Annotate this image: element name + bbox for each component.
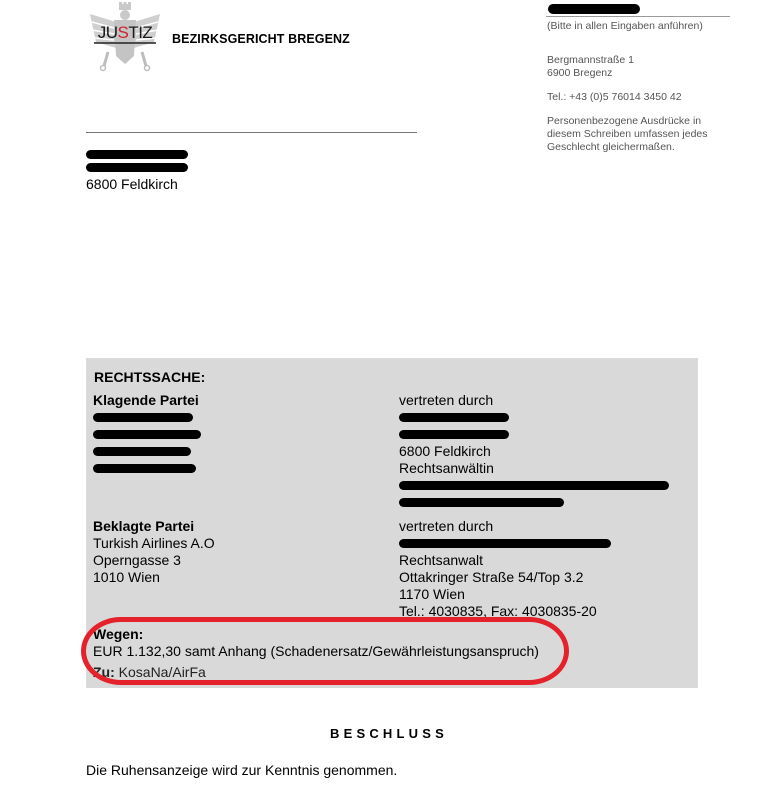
claim-label: Wegen: xyxy=(93,626,539,643)
plaintiff-rep-label: vertreten durch xyxy=(399,392,494,409)
court-letter: JUSTIZ BEZIRKSGERICHT BREGENZ (Bitte in … xyxy=(0,0,778,804)
justiz-eagle-logo: JUSTIZ xyxy=(86,2,164,72)
case-title: RECHTSSACHE: xyxy=(94,369,205,385)
claim-text: EUR 1.132,30 samt Anhang (Schadenersatz/… xyxy=(93,643,539,660)
redacted-reference-number xyxy=(548,4,640,14)
redacted-plaintiff-street xyxy=(93,443,199,460)
redacted-plaintiff-name xyxy=(93,409,199,426)
redacted-defendant-rep-name xyxy=(399,535,597,552)
redacted-plaintiff-rep-code xyxy=(399,494,494,511)
plaintiff-representative-block: vertreten durch 6800 Feldkirch Rechtsanw… xyxy=(399,392,494,511)
defendant-rep-street: Ottakringer Straße 54/Top 3.2 xyxy=(399,569,597,586)
redacted-recipient-name xyxy=(86,150,188,159)
defendant-rep-role: Rechtsanwalt xyxy=(399,552,597,569)
plaintiff-block: Klagende Partei xyxy=(93,392,199,477)
gender-note-line: Geschlecht gleichermaßen. xyxy=(547,141,708,154)
reference-hint: (Bitte in allen Eingaben anführen) xyxy=(547,20,703,33)
redacted-plaintiff-birthdate xyxy=(93,426,199,443)
defendant-name: Turkish Airlines A.O xyxy=(93,535,215,552)
plaintiff-rep-city: 6800 Feldkirch xyxy=(399,443,494,460)
defendant-rep-city: 1170 Wien xyxy=(399,586,597,603)
redacted-plaintiff-rep-street xyxy=(399,426,494,443)
defendant-city: 1010 Wien xyxy=(93,569,215,586)
svg-text:JUSTIZ: JUSTIZ xyxy=(98,23,153,42)
case-details-box: RECHTSSACHE: Klagende Partei vertreten d… xyxy=(86,358,698,688)
court-street: Bergmannstraße 1 xyxy=(547,54,634,67)
court-telephone: Tel.: +43 (0)5 76014 3450 42 xyxy=(547,91,682,104)
defendant-label: Beklagte Partei xyxy=(93,518,215,535)
defendant-representative-block: vertreten durch Rechtsanwalt Ottakringer… xyxy=(399,518,597,620)
recipient-address: 6800 Feldkirch xyxy=(86,146,188,193)
gender-note-line: Personenbezogene Ausdrücke in xyxy=(547,115,708,128)
decision-title: BESCHLUSS xyxy=(330,726,448,741)
reference-text: KosaNa/AirFa xyxy=(119,664,206,679)
defendant-block: Beklagte Partei Turkish Airlines A.O Ope… xyxy=(93,518,215,586)
gender-note-line: diesem Schreiben umfassen jedes xyxy=(547,128,708,141)
redacted-plaintiff-city xyxy=(93,460,199,477)
eagle-emblem-icon: JUSTIZ xyxy=(86,2,164,72)
redacted-plaintiff-rep-name xyxy=(399,409,494,426)
defendant-street: Operngasse 3 xyxy=(93,552,215,569)
decision-text: Die Ruhensanzeige wird zur Kenntnis geno… xyxy=(86,762,397,778)
reference-underline xyxy=(546,16,730,17)
gender-note: Personenbezogene Ausdrücke in diesem Sch… xyxy=(547,115,708,154)
reference-label: Zu: xyxy=(93,664,115,679)
defendant-rep-label: vertreten durch xyxy=(399,518,597,535)
plaintiff-label: Klagende Partei xyxy=(93,392,199,409)
court-city: 6900 Bregenz xyxy=(547,67,634,80)
plaintiff-rep-role: Rechtsanwältin xyxy=(399,460,494,477)
court-address: Bergmannstraße 1 6900 Bregenz xyxy=(547,54,634,80)
court-name: BEZIRKSGERICHT BREGENZ xyxy=(172,32,350,46)
redacted-recipient-street xyxy=(86,163,188,172)
defendant-rep-contact: Tel.: 4030835, Fax: 4030835-20 xyxy=(399,603,597,620)
address-window-line xyxy=(86,132,417,133)
reference-block: Zu: KosaNa/AirFa xyxy=(93,664,206,679)
claim-block: Wegen: EUR 1.132,30 samt Anhang (Schaden… xyxy=(93,626,539,660)
recipient-city: 6800 Feldkirch xyxy=(86,176,188,193)
redacted-plaintiff-rep-contact xyxy=(399,477,494,494)
